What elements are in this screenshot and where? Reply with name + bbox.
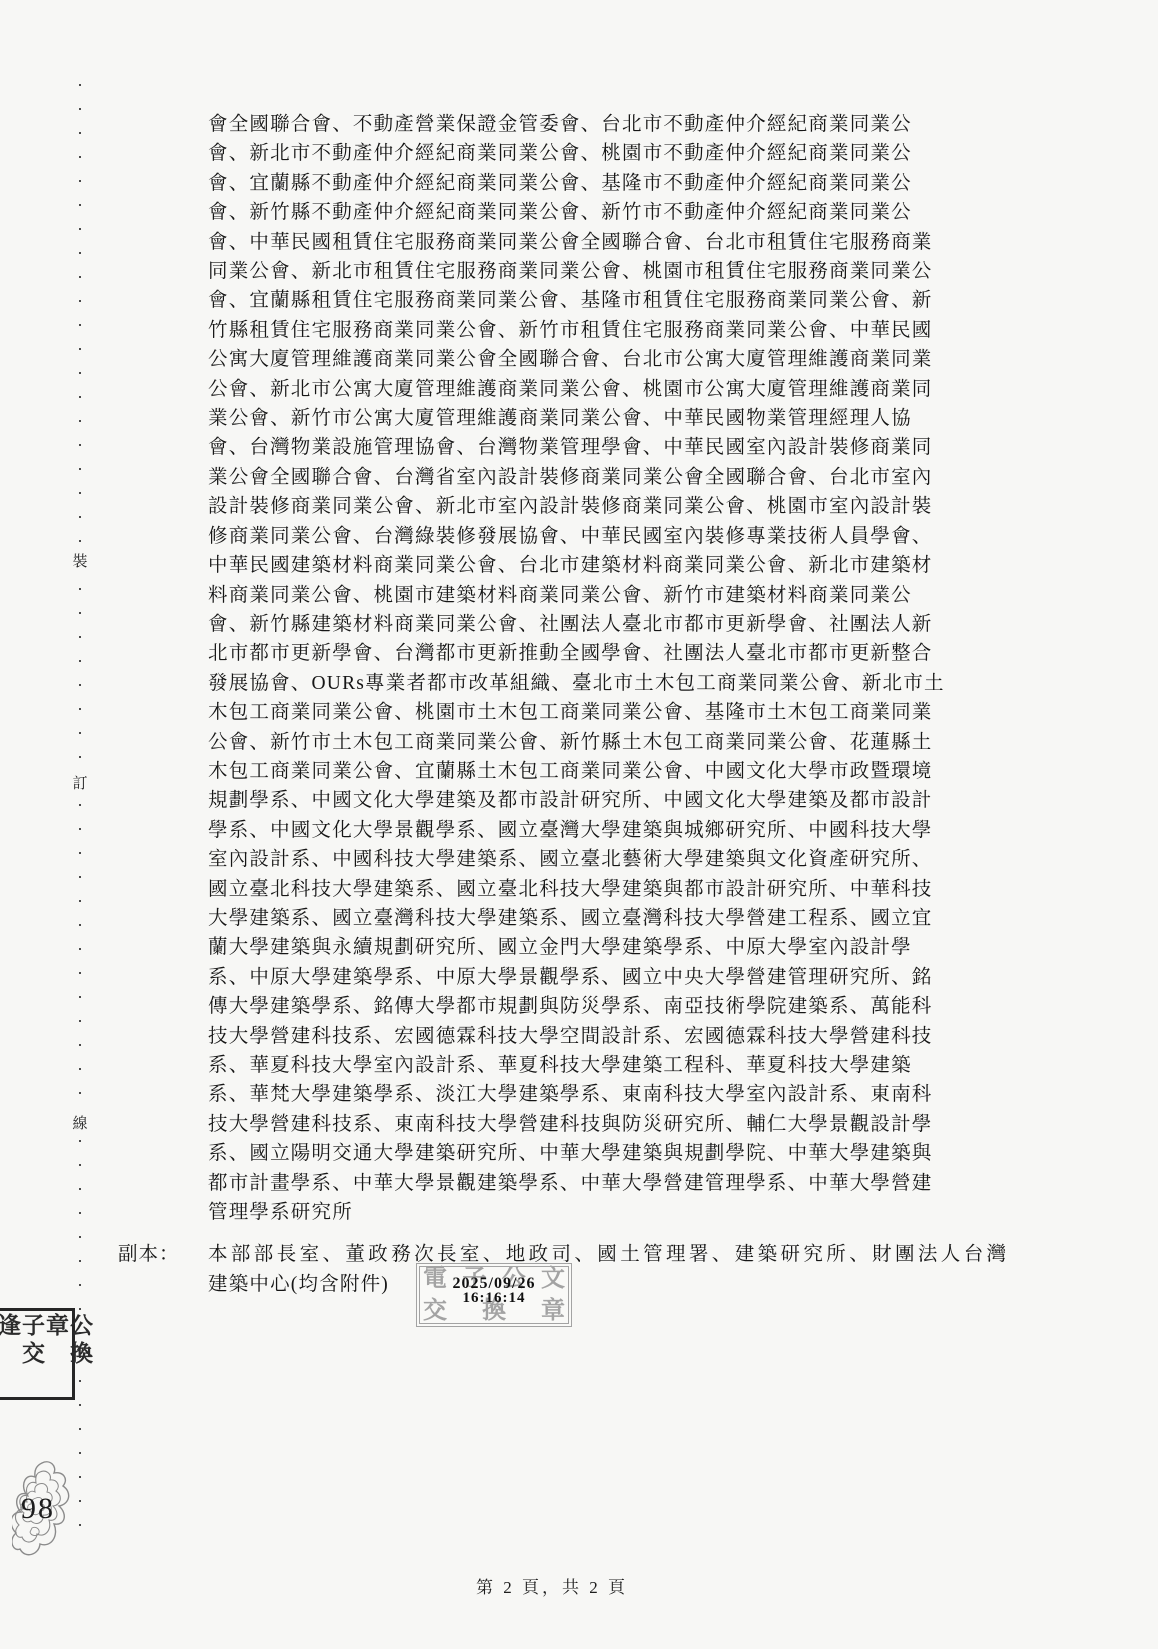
body-text-line: 北市都市更新學會、台灣都市更新推動全國學會、社團法人臺北市都市更新整合: [208, 639, 983, 668]
body-text-line: 系、國立陽明交通大學建築研究所、中華大學建築與規劃學院、中華大學建築與: [208, 1139, 983, 1168]
body-text-line: 公會、新竹市土木包工商業同業公會、新竹縣土木包工商業同業公會、花蓮縣土: [208, 728, 983, 757]
binding-mark-zhuang: 裝: [70, 546, 90, 575]
body-text-line: 會、台灣物業設施管理協會、台灣物業管理學會、中華民國室內設計裝修商業同: [208, 433, 983, 462]
stamp-time: 16:16:14: [420, 1291, 568, 1306]
edge-stamp-left-column: 子交逢: [0, 1313, 43, 1395]
body-text-line: 修商業同業公會、台灣綠裝修發展協會、中華民國室內裝修專業技術人員學會、: [208, 522, 983, 551]
body-text-line: 會全國聯合會、不動產營業保證金管委會、台北市不動產仲介經紀商業同業公: [208, 110, 983, 139]
body-text-line: 公寓大廈管理維護商業同業公會全國聯合會、台北市公寓大廈管理維護商業同業: [208, 345, 983, 374]
body-text-line: 技大學營建科技系、東南科技大學營建科技與防災研究所、輔仁大學景觀設計學: [208, 1110, 983, 1139]
body-text-line: 會、新竹縣不動產仲介經紀商業同業公會、新竹市不動產仲介經紀商業同業公: [208, 198, 983, 227]
binding-mark-xian: 線: [70, 1108, 90, 1137]
body-text-line: 業公會全國聯合會、台灣省室內設計裝修商業同業公會全國聯合會、台北市室內: [208, 463, 983, 492]
body-text-line: 系、華夏科技大學室內設計系、華夏科技大學建築工程科、華夏科技大學建築: [208, 1051, 983, 1080]
body-text-line: 會、新竹縣建築材料商業同業公會、社團法人臺北市都市更新學會、社團法人新: [208, 610, 983, 639]
edge-exchange-stamp: 子交逢 公換章: [0, 1308, 75, 1400]
body-text-line: 同業公會、新北市租賃住宅服務商業同業公會、桃園市租賃住宅服務商業同業公: [208, 257, 983, 286]
body-text-line: 國立臺北科技大學建築系、國立臺北科技大學建築與都市設計研究所、中華科技: [208, 875, 983, 904]
body-text-line: 會、中華民國租賃住宅服務商業同業公會全國聯合會、台北市租賃住宅服務商業: [208, 228, 983, 257]
body-text-line: 會、宜蘭縣租賃住宅服務商業同業公會、基隆市租賃住宅服務商業同業公會、新: [208, 286, 983, 315]
copy-to-line: 建築中心(均含附件): [208, 1270, 1010, 1300]
copy-to-line: 本部部長室、董政務次長室、地政司、國土管理署、建築研究所、財團法人台灣: [208, 1240, 1010, 1270]
body-text-line: 中華民國建築材料商業同業公會、台北市建築材料商業同業公會、新北市建築材: [208, 551, 983, 580]
body-text-line: 會、宜蘭縣不動產仲介經紀商業同業公會、基隆市不動產仲介經紀商業同業公: [208, 169, 983, 198]
body-text-line: 系、中原大學建築學系、中原大學景觀學系、國立中央大學營建管理研究所、銘: [208, 963, 983, 992]
body-text-line: 設計裝修商業同業公會、新北市室內設計裝修商業同業公會、桃園市室內設計裝: [208, 492, 983, 521]
body-text-line: 竹縣租賃住宅服務商業同業公會、新竹市租賃住宅服務商業同業公會、中華民國: [208, 316, 983, 345]
copy-to-label: 副本：: [118, 1240, 208, 1299]
edge-stamp-right-column: 公換章: [43, 1313, 91, 1395]
binding-mark-ding: 訂: [70, 768, 90, 797]
seal-number: 98: [21, 1492, 55, 1526]
body-text-line: 室內設計系、中國科技大學建築系、國立臺北藝術大學建築與文化資產研究所、: [208, 845, 983, 874]
body-text-line: 管理學系研究所: [208, 1198, 983, 1227]
page-footer: 第 2 頁，共 2 頁: [0, 1573, 1131, 1598]
body-text-line: 大學建築系、國立臺灣科技大學建築系、國立臺灣科技大學營建工程系、國立宜: [208, 904, 983, 933]
recipient-list-text: 會全國聯合會、不動產營業保證金管委會、台北市不動產仲介經紀商業同業公會、新北市不…: [208, 110, 983, 1227]
copy-to-content: 本部部長室、董政務次長室、地政司、國土管理署、建築研究所、財團法人台灣 建築中心…: [208, 1240, 1010, 1299]
stamp-date: 2025/09/26: [420, 1276, 568, 1291]
body-text-line: 木包工商業同業公會、桃園市土木包工商業同業公會、基隆市土木包工商業同業: [208, 698, 983, 727]
document-page: 裝 訂 線 會全國聯合會、不動產營業保證金管委會、台北市不動產仲介經紀商業同業公…: [0, 0, 1158, 1649]
body-text-line: 公會、新北市公寓大廈管理維護商業同業公會、桃園市公寓大廈管理維護商業同: [208, 375, 983, 404]
body-text-line: 技大學營建科技系、宏國德霖科技大學空間設計系、宏國德霖科技大學營建科技: [208, 1022, 983, 1051]
body-text-line: 業公會、新竹市公寓大廈管理維護商業同業公會、中華民國物業管理經理人協: [208, 404, 983, 433]
body-text-line: 蘭大學建築與永續規劃研究所、國立金門大學建築學系、中原大學室內設計學: [208, 933, 983, 962]
body-text-line: 都市計畫學系、中華大學景觀建築學系、中華大學營建管理學系、中華大學營建: [208, 1169, 983, 1198]
body-text-line: 傳大學建築學系、銘傳大學都市規劃與防災學系、南亞技術學院建築系、萬能科: [208, 992, 983, 1021]
stamp-datetime: 2025/09/26 16:16:14: [420, 1276, 568, 1306]
electronic-exchange-stamp: 電 子 公 文 交 換 章 2025/09/26 16:16:14: [416, 1263, 572, 1327]
body-text-line: 發展協會、OURs專業者都市改革組織、臺北市土木包工商業同業公會、新北市土: [208, 669, 983, 698]
body-text-line: 系、華梵大學建築學系、淡江大學建築學系、東南科技大學室內設計系、東南科: [208, 1080, 983, 1109]
body-text-line: 料商業同業公會、桃園市建築材料商業同業公會、新竹市建築材料商業同業公: [208, 581, 983, 610]
body-text-line: 木包工商業同業公會、宜蘭縣土木包工商業同業公會、中國文化大學市政暨環境: [208, 757, 983, 786]
body-text-line: 會、新北市不動產仲介經紀商業同業公會、桃園市不動產仲介經紀商業同業公: [208, 139, 983, 168]
body-text-line: 規劃學系、中國文化大學建築及都市設計研究所、中國文化大學建築及都市設計: [208, 786, 983, 815]
body-text-line: 學系、中國文化大學景觀學系、國立臺灣大學建築與城鄉研究所、中國科技大學: [208, 816, 983, 845]
